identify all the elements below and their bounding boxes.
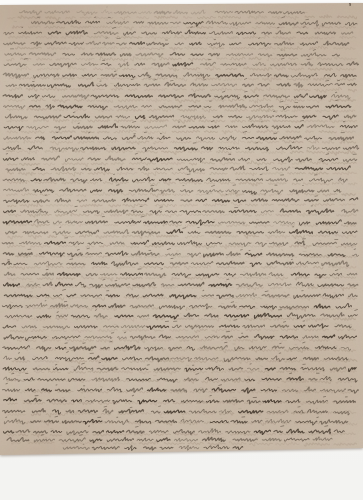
paper-shadow (0, 0, 363, 500)
handwriting-svg (0, 0, 363, 500)
manuscript-scan (0, 0, 363, 500)
letter-page (0, 0, 363, 500)
